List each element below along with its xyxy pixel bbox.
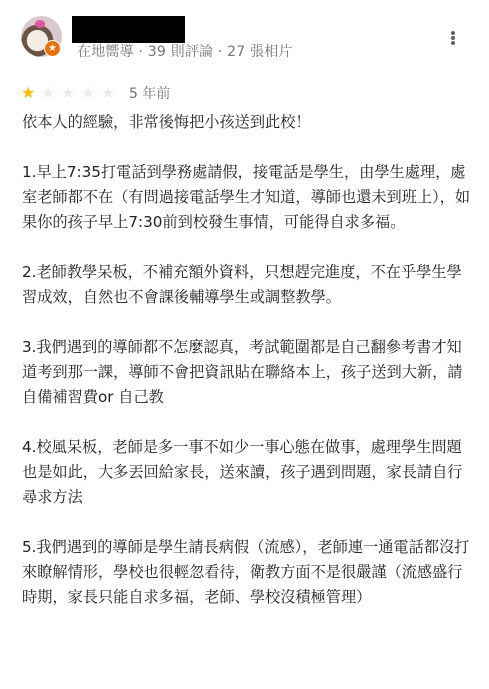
- reviewer-name-redacted[interactable]: [72, 16, 185, 43]
- review-paragraph: 依本人的經驗，非常後悔把小孩送到此校！: [22, 110, 472, 135]
- star-rating: ★ ★ ★ ★ ★ 5 年前: [21, 83, 170, 103]
- reviewer-subtitle: 在地嚮導 · 39 則評論 · 27 張相片: [77, 41, 293, 61]
- review-paragraph: 3.我們遇到的導師都不怎麼認真，考試範圍都是自己翻參考書才知道考到那一課，導師不…: [22, 335, 472, 410]
- star-empty-icon: ★: [101, 85, 121, 101]
- review-paragraph: 5.我們遇到的導師是學生請長病假（流感），老師連一通電話都沒打來瞭解情形，學校也…: [22, 535, 472, 610]
- review-text: 依本人的經驗，非常後悔把小孩送到此校！ 1.早上7:35打電話到學務處請假，接電…: [22, 110, 472, 610]
- review-time: 5 年前: [129, 83, 170, 103]
- review-paragraph: 2.老師教學呆板，不補充額外資料，只想趕完進度，不在乎學生學習成效，自然也不會課…: [22, 260, 472, 310]
- review-paragraph: 4.校風呆板，老師是多一事不如少一事心態在做事，處理學生問題也是如此，大多丟回給…: [22, 435, 472, 510]
- star-empty-icon: ★: [61, 85, 81, 101]
- review-header: ★ 在地嚮導 · 39 則評論 · 27 張相片: [0, 0, 489, 80]
- avatar-image-detail: [35, 20, 45, 28]
- review-paragraph: 1.早上7:35打電話到學務處請假，接電話是學生，由學生處理，處室老師都不在（有…: [22, 160, 472, 235]
- star-empty-icon: ★: [81, 85, 101, 101]
- star-empty-icon: ★: [41, 85, 61, 101]
- more-vert-icon[interactable]: [446, 30, 460, 54]
- local-guide-star-icon: ★: [44, 40, 61, 57]
- star-filled-icon: ★: [21, 85, 41, 101]
